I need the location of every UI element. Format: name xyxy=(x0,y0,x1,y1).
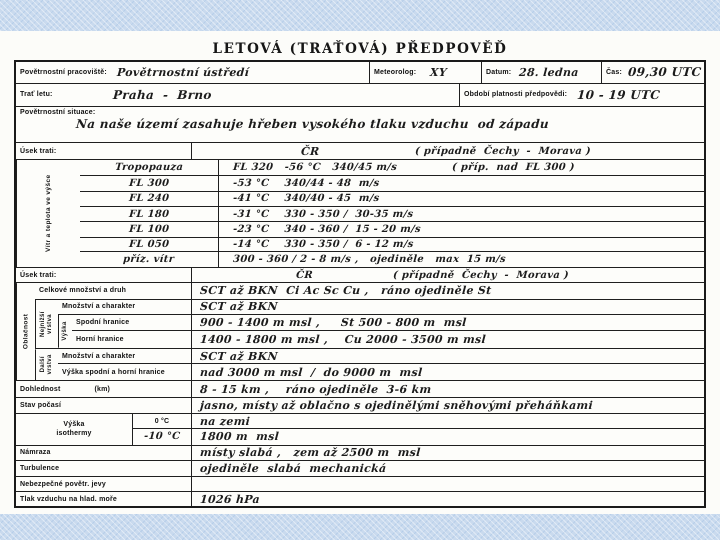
situation-cell: Povětrnostní situace: Na naše území zasa… xyxy=(16,107,704,143)
wind-note: ( příp. nad FL 300 ) xyxy=(452,162,575,173)
pressure-label: Tlak vzduchu na hlad. moře xyxy=(20,496,117,503)
segment2-value: ČR xyxy=(296,270,314,281)
isotherm-label: Výška isothermy xyxy=(50,420,98,439)
meteorologist-value: XY xyxy=(430,66,448,79)
wind-value: -41 °C 340/40 - 45 m/s xyxy=(233,193,380,204)
cloud-height-group: Výška Spodní hranice 900 - 1400 m msl , … xyxy=(58,315,704,348)
forecast-form: Povětrnostní pracoviště: Povětrnostní ús… xyxy=(14,60,706,508)
isotherm-minus10-label: -10 °C xyxy=(143,431,180,442)
wind-level: FL 180 xyxy=(128,209,169,220)
situation-row: Povětrnostní situace: Na naše území zasa… xyxy=(16,107,704,144)
wind-side-label: Vítr a teplota ve výšce xyxy=(16,160,80,267)
route-label: Trať letu: xyxy=(20,91,53,98)
wind-rows: Tropopauza FL 320 -56 °C 340/45 m/s ( př… xyxy=(80,160,704,267)
segment2-label: Úsek trati: xyxy=(20,272,56,279)
wind-row-tropopause: Tropopauza FL 320 -56 °C 340/45 m/s ( př… xyxy=(80,160,704,176)
isotherm-zero-row: 0 °C na zemi xyxy=(133,414,704,429)
document-page: LETOVÁ (TRAŤOVÁ) PŘEDPOVĚĎ Povětrnostní … xyxy=(0,31,720,514)
situation-value: Na naše území zasahuje hřeben vysokého t… xyxy=(76,117,550,131)
situation-label: Povětrnostní situace: xyxy=(20,109,95,116)
office-cell: Povětrnostní pracoviště: Povětrnostní ús… xyxy=(16,62,370,83)
pressure-row: Tlak vzduchu na hlad. moře 1026 hPa xyxy=(16,492,704,506)
isotherm-zero-label: 0 °C xyxy=(155,418,170,425)
wind-value: -53 °C 340/44 - 48 m/s xyxy=(233,178,380,189)
visibility-label: Dohlednost xyxy=(20,386,61,393)
cloud-range-value: nad 3000 m msl / do 9000 m msl xyxy=(200,366,423,379)
time-cell: Čas: 09,30 UTC xyxy=(602,62,704,83)
cloud-amount2-label: Množství a charakter xyxy=(62,353,135,360)
segment2-row: Úsek trati: ČR ( případně Čechy - Morava… xyxy=(16,268,704,283)
turbulence-row: Turbulence ojediněle slabá mechanická xyxy=(16,461,704,477)
cloud-base-value: 900 - 1400 m msl , St 500 - 800 m msl xyxy=(200,316,468,329)
cloud-total-label: Celkové množství a druh xyxy=(39,287,126,294)
isotherm-zero-value: na zemi xyxy=(200,415,251,428)
time-label: Čas: xyxy=(606,69,622,76)
turbulence-value: ojediněle slabá mechanická xyxy=(200,462,387,475)
wind-value: 300 - 360 / 2 - 8 m/s , ojediněle max 15… xyxy=(233,254,507,265)
validity-value: 10 - 19 UTC xyxy=(577,88,661,102)
wind-row-fl240: FL 240 -41 °C 340/40 - 45 m/s xyxy=(80,192,704,208)
header-row-2: Trať letu: Praha - Brno Období platnosti… xyxy=(16,84,704,107)
office-label: Povětrnostní pracoviště: xyxy=(20,69,107,76)
weather-row: Stav počasí jasno, místy až oblačno s oj… xyxy=(16,398,704,414)
segment1-note: ( případně Čechy - Morava ) xyxy=(414,146,591,157)
turbulence-label: Turbulence xyxy=(20,465,59,472)
cloud-amount-label: Množství a charakter xyxy=(62,303,135,310)
hazards-row: Nebezpečné povětr. jevy xyxy=(16,477,704,492)
cloud-next-label: Další vrstva xyxy=(35,349,58,380)
segment2-value-cell: ČR ( případně Čechy - Morava ) xyxy=(192,268,704,282)
isotherm-minus10-value: 1800 m msl xyxy=(200,430,280,443)
wind-value: FL 320 -56 °C 340/45 m/s xyxy=(233,162,398,173)
cloud-height-label: Výška xyxy=(58,315,72,348)
cloud-next-layer: Další vrstva Množství a charakter SCT až… xyxy=(35,349,704,380)
meteorologist-label: Meteorolog: xyxy=(374,69,416,76)
segment1-row: Úsek trati: ČR ( případně Čechy - Morava… xyxy=(16,143,704,160)
cloud-amount2-row: Množství a charakter SCT až BKN xyxy=(58,349,704,365)
segment2-note: ( případně Čechy - Morava ) xyxy=(392,270,569,281)
visibility-unit: (km) xyxy=(95,386,111,393)
isotherm-block: Výška isothermy 0 °C na zemi -10 °C 1800… xyxy=(16,414,704,446)
cloud-block: Oblačnost Celkové množství a druh SCT až… xyxy=(16,283,704,381)
wind-level: FL 100 xyxy=(128,224,169,235)
weather-label: Stav počasí xyxy=(20,402,61,409)
cloud-base-label: Spodní hranice xyxy=(76,319,129,326)
wind-value: -23 °C 340 - 360 / 15 - 20 m/s xyxy=(233,224,422,235)
wind-block: Vítr a teplota ve výšce Tropopauza FL 32… xyxy=(16,160,704,268)
wind-value: -31 °C 330 - 350 / 30-35 m/s xyxy=(233,209,414,220)
cloud-base-row: Spodní hranice 900 - 1400 m msl , St 500… xyxy=(72,315,704,331)
icing-row: Námraza místy slabá , zem až 2500 m msl xyxy=(16,446,704,462)
wind-row-fl050: FL 050 -14 °C 330 - 350 / 6 - 12 m/s xyxy=(80,238,704,253)
wind-level: FL 240 xyxy=(128,193,169,204)
segment1-label: Úsek trati: xyxy=(20,148,56,155)
segment1-value-cell: ČR ( případně Čechy - Morava ) xyxy=(192,143,704,159)
wind-level: příz. vítr xyxy=(123,254,175,265)
date-value: 28. ledna xyxy=(519,66,580,79)
visibility-value: 8 - 15 km , ráno ojediněle 3-6 km xyxy=(200,383,432,396)
validity-label: Období platnosti předpovědi: xyxy=(464,91,567,98)
header-row-1: Povětrnostní pracoviště: Povětrnostní ús… xyxy=(16,62,704,84)
wind-level: FL 300 xyxy=(128,178,169,189)
cloud-amount-value: SCT až BKN xyxy=(200,300,279,313)
time-value: 09,30 UTC xyxy=(627,65,701,79)
hazards-label: Nebezpečné povětr. jevy xyxy=(20,481,106,488)
cloud-side-label: Oblačnost xyxy=(16,283,35,380)
visibility-row: Dohlednost (km) 8 - 15 km , ráno ojedině… xyxy=(16,381,704,398)
cloud-top-row: Horní hranice 1400 - 1800 m msl , Cu 200… xyxy=(72,331,704,347)
route-value: Praha - Brno xyxy=(112,88,212,102)
weather-value: jasno, místy až oblačno s ojedinělými sn… xyxy=(200,399,594,412)
cloud-rows: Celkové množství a druh SCT až BKN Ci Ac… xyxy=(35,283,704,380)
cloud-range-label: Výška spodní a horní hranice xyxy=(62,369,165,376)
isotherm-minus10-row: -10 °C 1800 m msl xyxy=(133,429,704,444)
date-cell: Datum: 28. ledna xyxy=(482,62,602,83)
cloud-lowest-label: Nejnižší vrstva xyxy=(35,300,58,348)
cloud-range-row: Výška spodní a horní hranice nad 3000 m … xyxy=(58,364,704,380)
wind-level: FL 050 xyxy=(128,239,169,250)
wind-value: -14 °C 330 - 350 / 6 - 12 m/s xyxy=(233,239,414,250)
cloud-total-row: Celkové množství a druh SCT až BKN Ci Ac… xyxy=(35,283,704,300)
slide: { "title": "LETOVÁ (TRAŤOVÁ) PŘEDPOVĚĎ",… xyxy=(0,0,720,540)
wind-row-fl300: FL 300 -53 °C 340/44 - 48 m/s xyxy=(80,176,704,192)
validity-cell: Období platnosti předpovědi: 10 - 19 UTC xyxy=(460,84,704,106)
page-title: LETOVÁ (TRAŤOVÁ) PŘEDPOVĚĎ xyxy=(0,31,720,57)
icing-label: Námraza xyxy=(20,449,51,456)
cloud-top-label: Horní hranice xyxy=(76,336,124,343)
wind-row-fl100: FL 100 -23 °C 340 - 360 / 15 - 20 m/s xyxy=(80,222,704,238)
cloud-amount-row: Množství a charakter SCT až BKN xyxy=(58,300,704,315)
cloud-top-value: 1400 - 1800 m msl , Cu 2000 - 3500 m msl xyxy=(200,333,487,346)
icing-value: místy slabá , zem až 2500 m msl xyxy=(200,446,422,459)
office-value: Povětrnostní ústředí xyxy=(116,66,249,79)
cloud-lowest-layer: Nejnižší vrstva Množství a charakter SCT… xyxy=(35,300,704,349)
segment1-value: ČR xyxy=(301,145,320,158)
date-label: Datum: xyxy=(486,69,511,76)
segment1-label-cell: Úsek trati: xyxy=(16,143,192,159)
wind-row-fl180: FL 180 -31 °C 330 - 350 / 30-35 m/s xyxy=(80,207,704,222)
cloud-amount2-value: SCT až BKN xyxy=(200,350,279,363)
wind-level: Tropopauza xyxy=(115,162,184,173)
route-cell: Trať letu: Praha - Brno xyxy=(16,84,460,106)
wind-row-surface: příz. vítr 300 - 360 / 2 - 8 m/s , ojedi… xyxy=(80,252,704,267)
segment2-label-cell: Úsek trati: xyxy=(16,268,192,282)
pressure-value: 1026 hPa xyxy=(200,493,261,506)
cloud-total-value: SCT až BKN Ci Ac Sc Cu , ráno ojediněle … xyxy=(200,284,492,297)
meteorologist-cell: Meteorolog: XY xyxy=(370,62,482,83)
